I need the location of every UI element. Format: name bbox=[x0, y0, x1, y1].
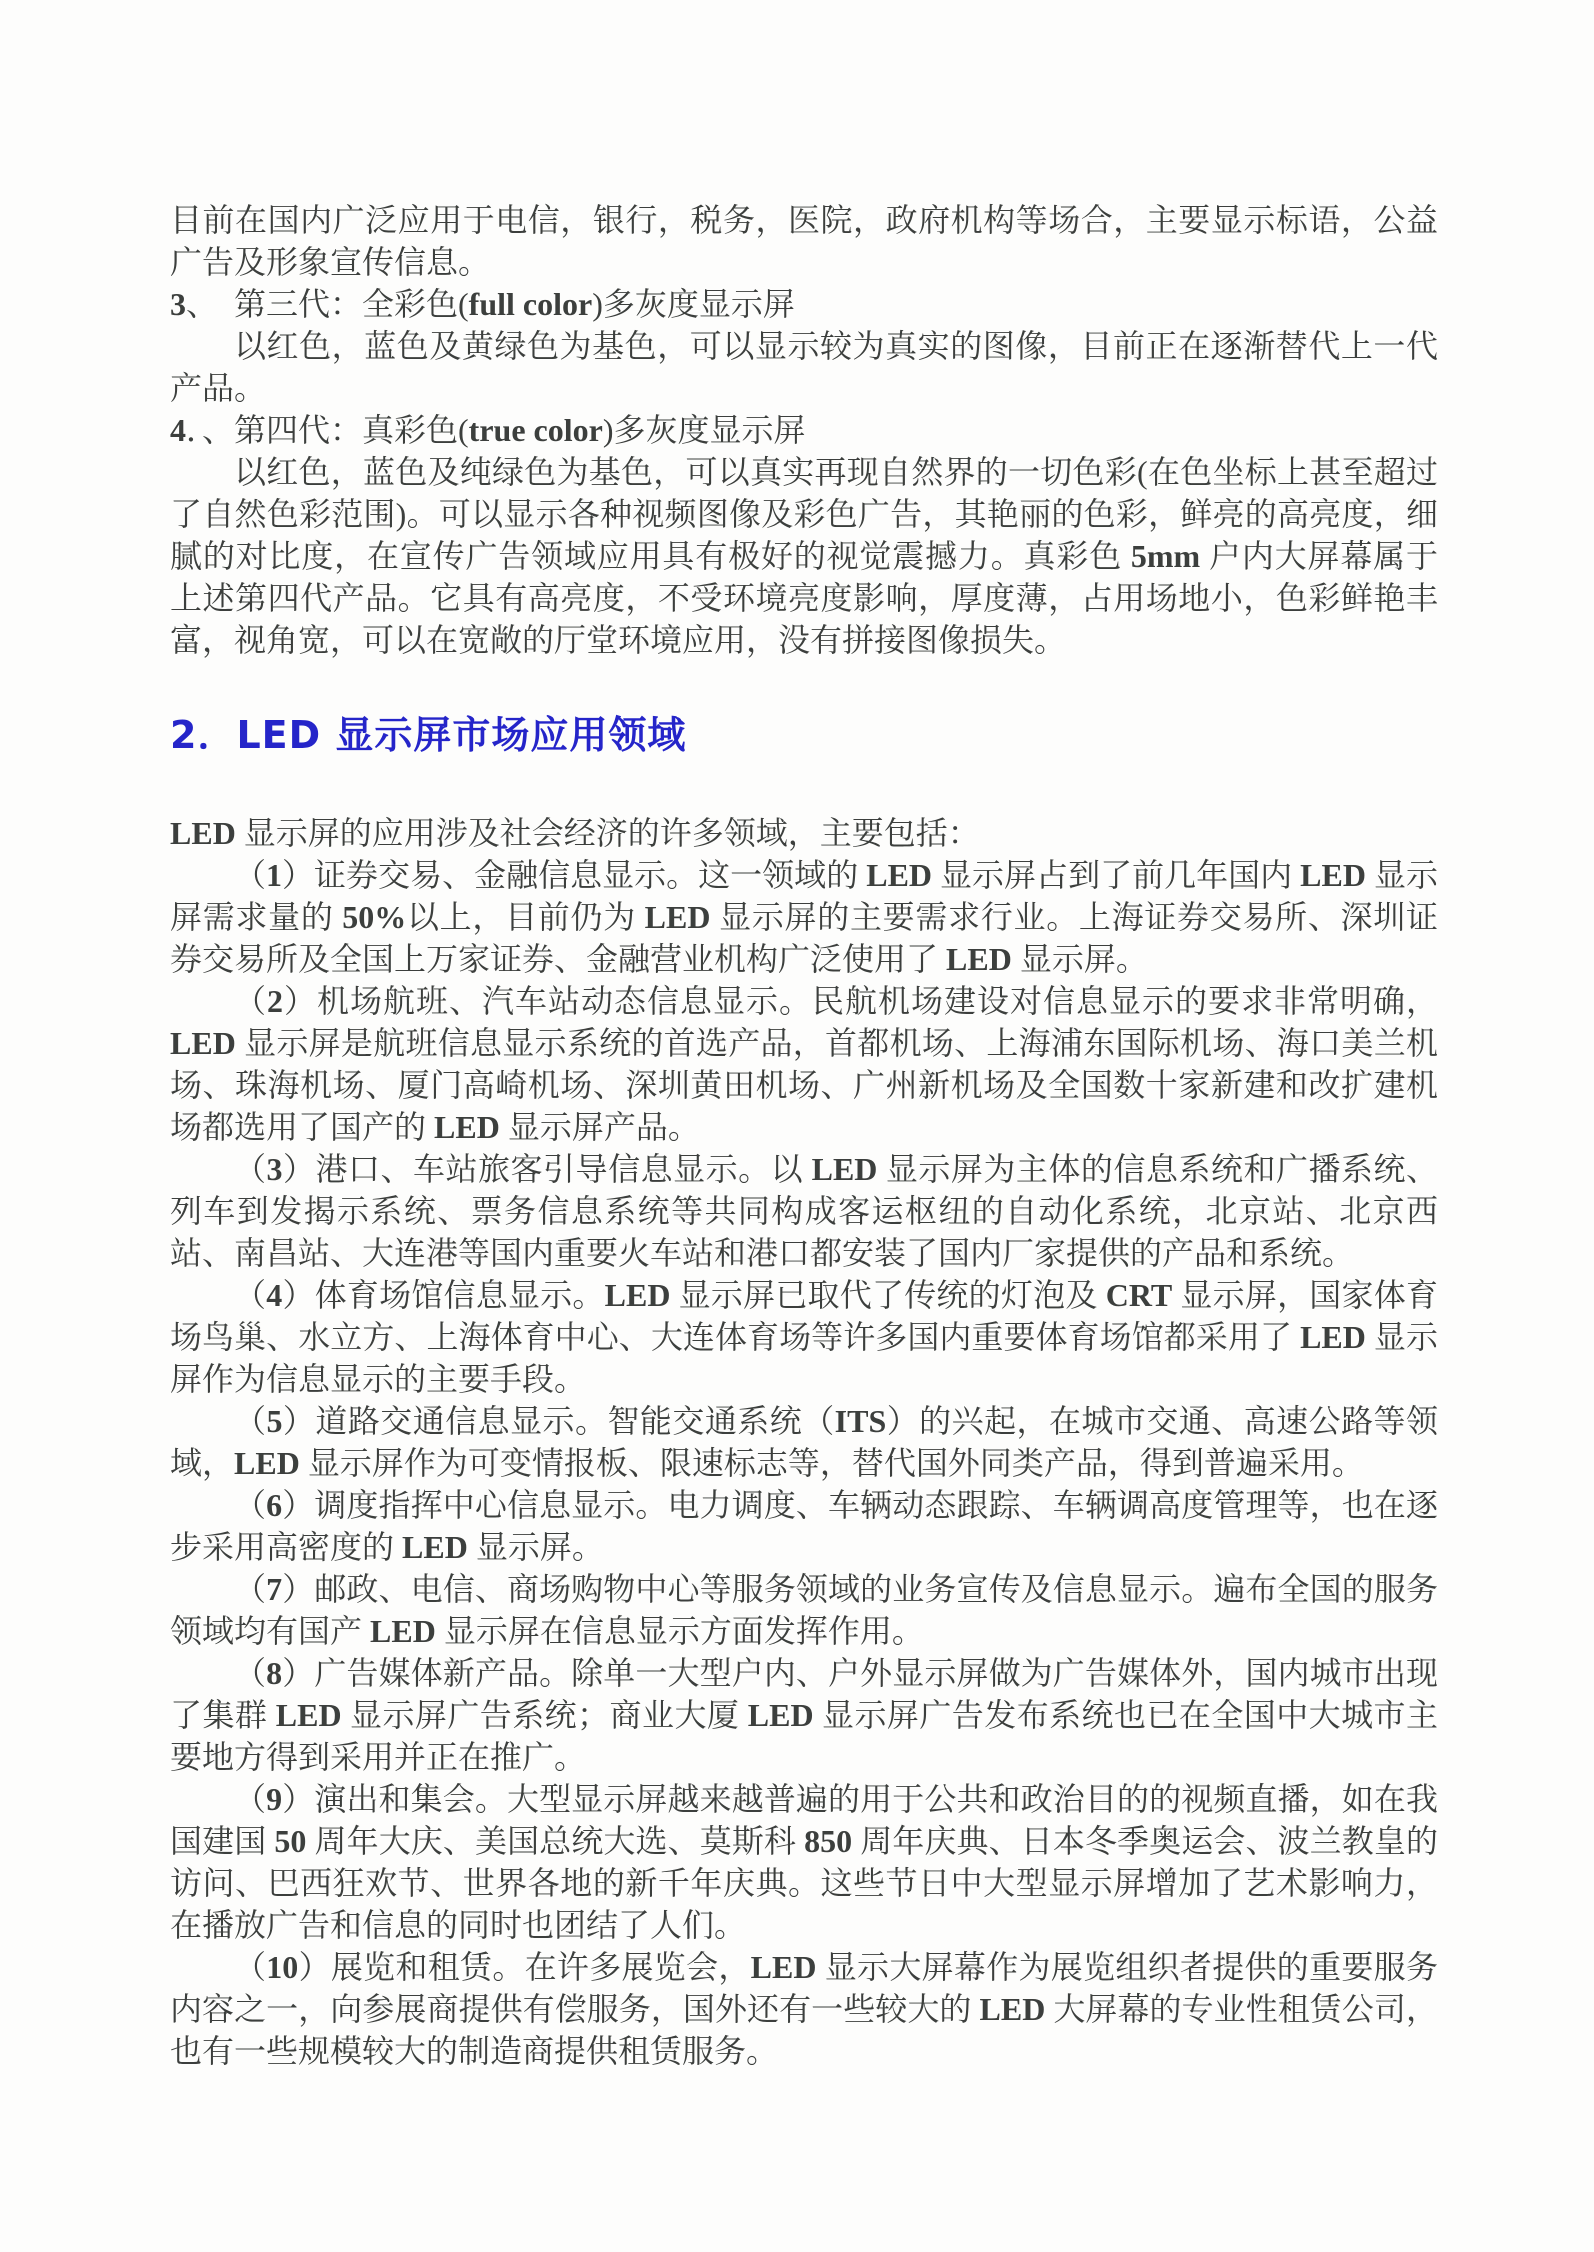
paragraph-gen4-body: 以红色，蓝色及纯绿色为基色，可以真实再现自然界的一切色彩(在色坐标上甚至超过了自… bbox=[170, 451, 1438, 661]
list-item-application-9: （9）演出和集会。大型显示屏越来越普遍的用于公共和政治目的的视频直播，如在我国建… bbox=[170, 1778, 1438, 1946]
list-item-application-4: （4）体育场馆信息显示。LED 显示屏已取代了传统的灯泡及 CRT 显示屏，国家… bbox=[170, 1274, 1438, 1400]
paragraph-continuation: 目前在国内广泛应用于电信，银行，税务，医院，政府机构等场合，主要显示标语，公益广… bbox=[170, 199, 1438, 283]
list-item-application-7: （7）邮政、电信、商场购物中心等服务领域的业务宣传及信息显示。遍布全国的服务领域… bbox=[170, 1568, 1438, 1652]
list-item-application-3: （3）港口、车站旅客引导信息显示。以 LED 显示屏为主体的信息系统和广播系统、… bbox=[170, 1148, 1438, 1274]
list-item-application-2: （2）机场航班、汽车站动态信息显示。民航机场建设对信息显示的要求非常明确，LED… bbox=[170, 980, 1438, 1148]
paragraph-gen3-body: 以红色，蓝色及黄绿色为基色，可以显示较为真实的图像，目前正在逐渐替代上一代产品。 bbox=[170, 325, 1438, 409]
document-page: 目前在国内广泛应用于电信，银行，税务，医院，政府机构等场合，主要显示标语，公益广… bbox=[0, 0, 1594, 2252]
document-content: 目前在国内广泛应用于电信，银行，税务，医院，政府机构等场合，主要显示标语，公益广… bbox=[170, 199, 1438, 2072]
section-heading: 2．LED 显示屏市场应用领域 bbox=[170, 707, 1438, 763]
list-item-gen3-title: 3、 第三代：全彩色(full color)多灰度显示屏 bbox=[170, 283, 1438, 325]
paragraph-section-intro: LED 显示屏的应用涉及社会经济的许多领域，主要包括： bbox=[170, 812, 1438, 854]
list-item-application-6: （6）调度指挥中心信息显示。电力调度、车辆动态跟踪、车辆调高度管理等，也在逐步采… bbox=[170, 1484, 1438, 1568]
list-item-application-5: （5）道路交通信息显示。智能交通系统（ITS）的兴起，在城市交通、高速公路等领域… bbox=[170, 1400, 1438, 1484]
list-item-application-8: （8）广告媒体新产品。除单一大型户内、户外显示屏做为广告媒体外，国内城市出现了集… bbox=[170, 1652, 1438, 1778]
list-item-application-10: （10）展览和租赁。在许多展览会，LED 显示大屏幕作为展览组织者提供的重要服务… bbox=[170, 1946, 1438, 2072]
list-item-gen4-title: 4．、第四代：真彩色(true color)多灰度显示屏 bbox=[170, 409, 1438, 451]
list-item-application-1: （1）证券交易、金融信息显示。这一领域的 LED 显示屏占到了前几年国内 LED… bbox=[170, 854, 1438, 980]
